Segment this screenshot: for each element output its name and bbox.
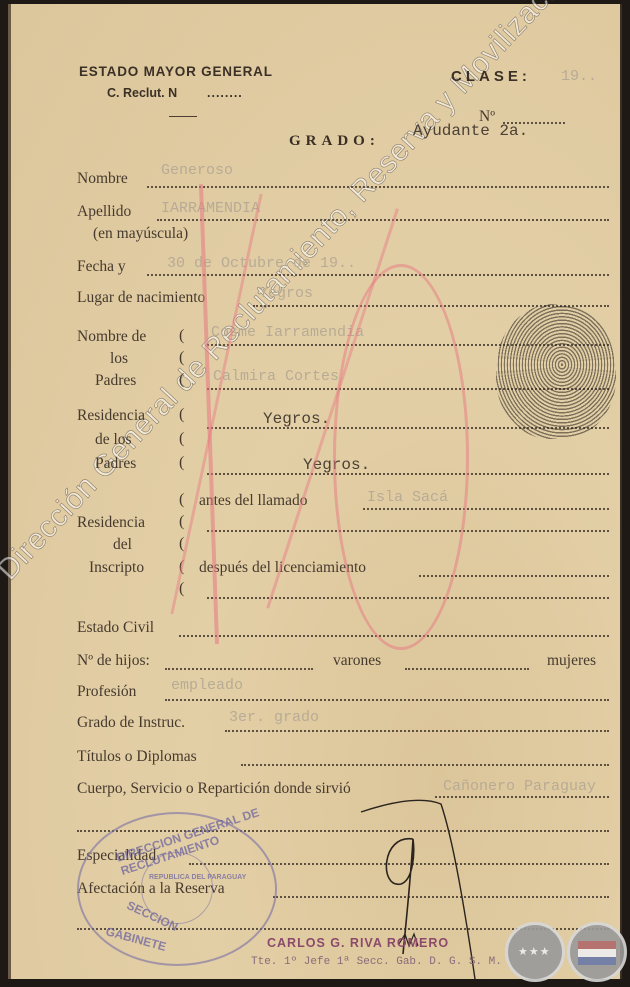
nombre-field[interactable] [147, 184, 609, 188]
apellido-value: IARRAMENDIA [161, 200, 260, 217]
paren: ( [179, 513, 184, 531]
flag-blue-stripe [578, 957, 616, 965]
signatory-title: Tte. 1º Jefe 1ª Secc. Gab. D. G. S. M. [251, 956, 502, 968]
residencia-inscripto-label-3: Inscripto [89, 559, 144, 577]
fingerprint-image [496, 304, 616, 439]
padres-label-3: Padres [95, 372, 136, 390]
grado-instruc-value: 3er. grado [229, 709, 319, 726]
flag-red-stripe [578, 941, 616, 949]
official-stamp: DIRECCION GENERAL DE RECLUTAMIENTO REPUB… [77, 812, 277, 966]
fecha-label: Fecha y [77, 258, 126, 276]
profesion-value: empleado [171, 677, 243, 694]
grado-instruc-label: Grado de Instruc. [77, 714, 185, 732]
archive-seal-flag-icon [567, 922, 627, 982]
paren: ( [179, 454, 184, 472]
profesion-label: Profesión [77, 683, 136, 701]
grado-label: GRADO: [289, 133, 380, 150]
stamp-gabinete-text: GABINETE [104, 924, 168, 954]
hijos-varones-field[interactable] [165, 666, 313, 670]
mujeres-label: mujeres [547, 652, 596, 670]
lugar-nacimiento-label: Lugar de nacimiento [77, 289, 205, 307]
recluit-label: C. Reclut. N [107, 86, 177, 100]
registration-card: Dirección General de Reclutamiento, Rese… [8, 4, 622, 979]
titulos-field[interactable] [241, 762, 609, 766]
cuerpo-label: Cuerpo, Servicio o Repartición donde sir… [77, 780, 351, 798]
paren: ( [179, 327, 184, 345]
padres-label-2: los [110, 350, 128, 368]
stamp-inner-text: REPUBLICA DEL PARAGUAY [149, 874, 246, 881]
paren: ( [179, 491, 184, 509]
cuerpo-value: Cañonero Paraguay [443, 778, 596, 795]
paren: ( [179, 349, 184, 367]
institution-title: ESTADO MAYOR GENERAL [79, 64, 273, 79]
grado-value[interactable]: Ayudante 2a. [413, 122, 528, 140]
paren: ( [179, 371, 184, 389]
residencia-padres-label-2: de los [95, 431, 132, 449]
hijos-mujeres-field[interactable] [405, 666, 529, 670]
signatory-name: CARLOS G. RIVA ROMERO [267, 936, 449, 950]
nombre-label: Nombre [77, 170, 128, 188]
apellido-field[interactable] [157, 217, 609, 221]
titulos-label: Títulos o Diplomas [77, 748, 197, 766]
paren: ( [179, 406, 184, 424]
residencia-inscripto-label-1: Residencia [77, 514, 145, 532]
red-pencil-circle [333, 264, 469, 650]
residencia-padres-label-1: Residencia [77, 407, 145, 425]
nombre-value: Generoso [161, 162, 233, 179]
residencia-padres-label-3: Padres [95, 455, 136, 473]
estado-civil-label: Estado Civil [77, 619, 154, 637]
flag-white-stripe [578, 949, 616, 957]
paren: ( [179, 430, 184, 448]
clase-value: 19.. [561, 68, 597, 85]
stars-icon: ★★★ [518, 945, 551, 958]
recluit-number: ........ [207, 86, 243, 100]
varones-label: varones [333, 652, 381, 670]
archive-seal-stars-icon: ★★★ [505, 922, 565, 982]
header-divider [169, 116, 197, 117]
profesion-field[interactable] [165, 697, 609, 701]
padres-label-1: Nombre de [77, 328, 146, 346]
residencia-inscripto-label-2: del [113, 536, 132, 554]
apellido-sublabel: (en mayúscula) [93, 225, 188, 243]
hijos-label: Nº de hijos: [77, 652, 150, 670]
grado-instruc-field[interactable] [225, 728, 609, 732]
clase-label: CLASE: [451, 68, 531, 85]
apellido-label: Apellido [77, 203, 131, 221]
